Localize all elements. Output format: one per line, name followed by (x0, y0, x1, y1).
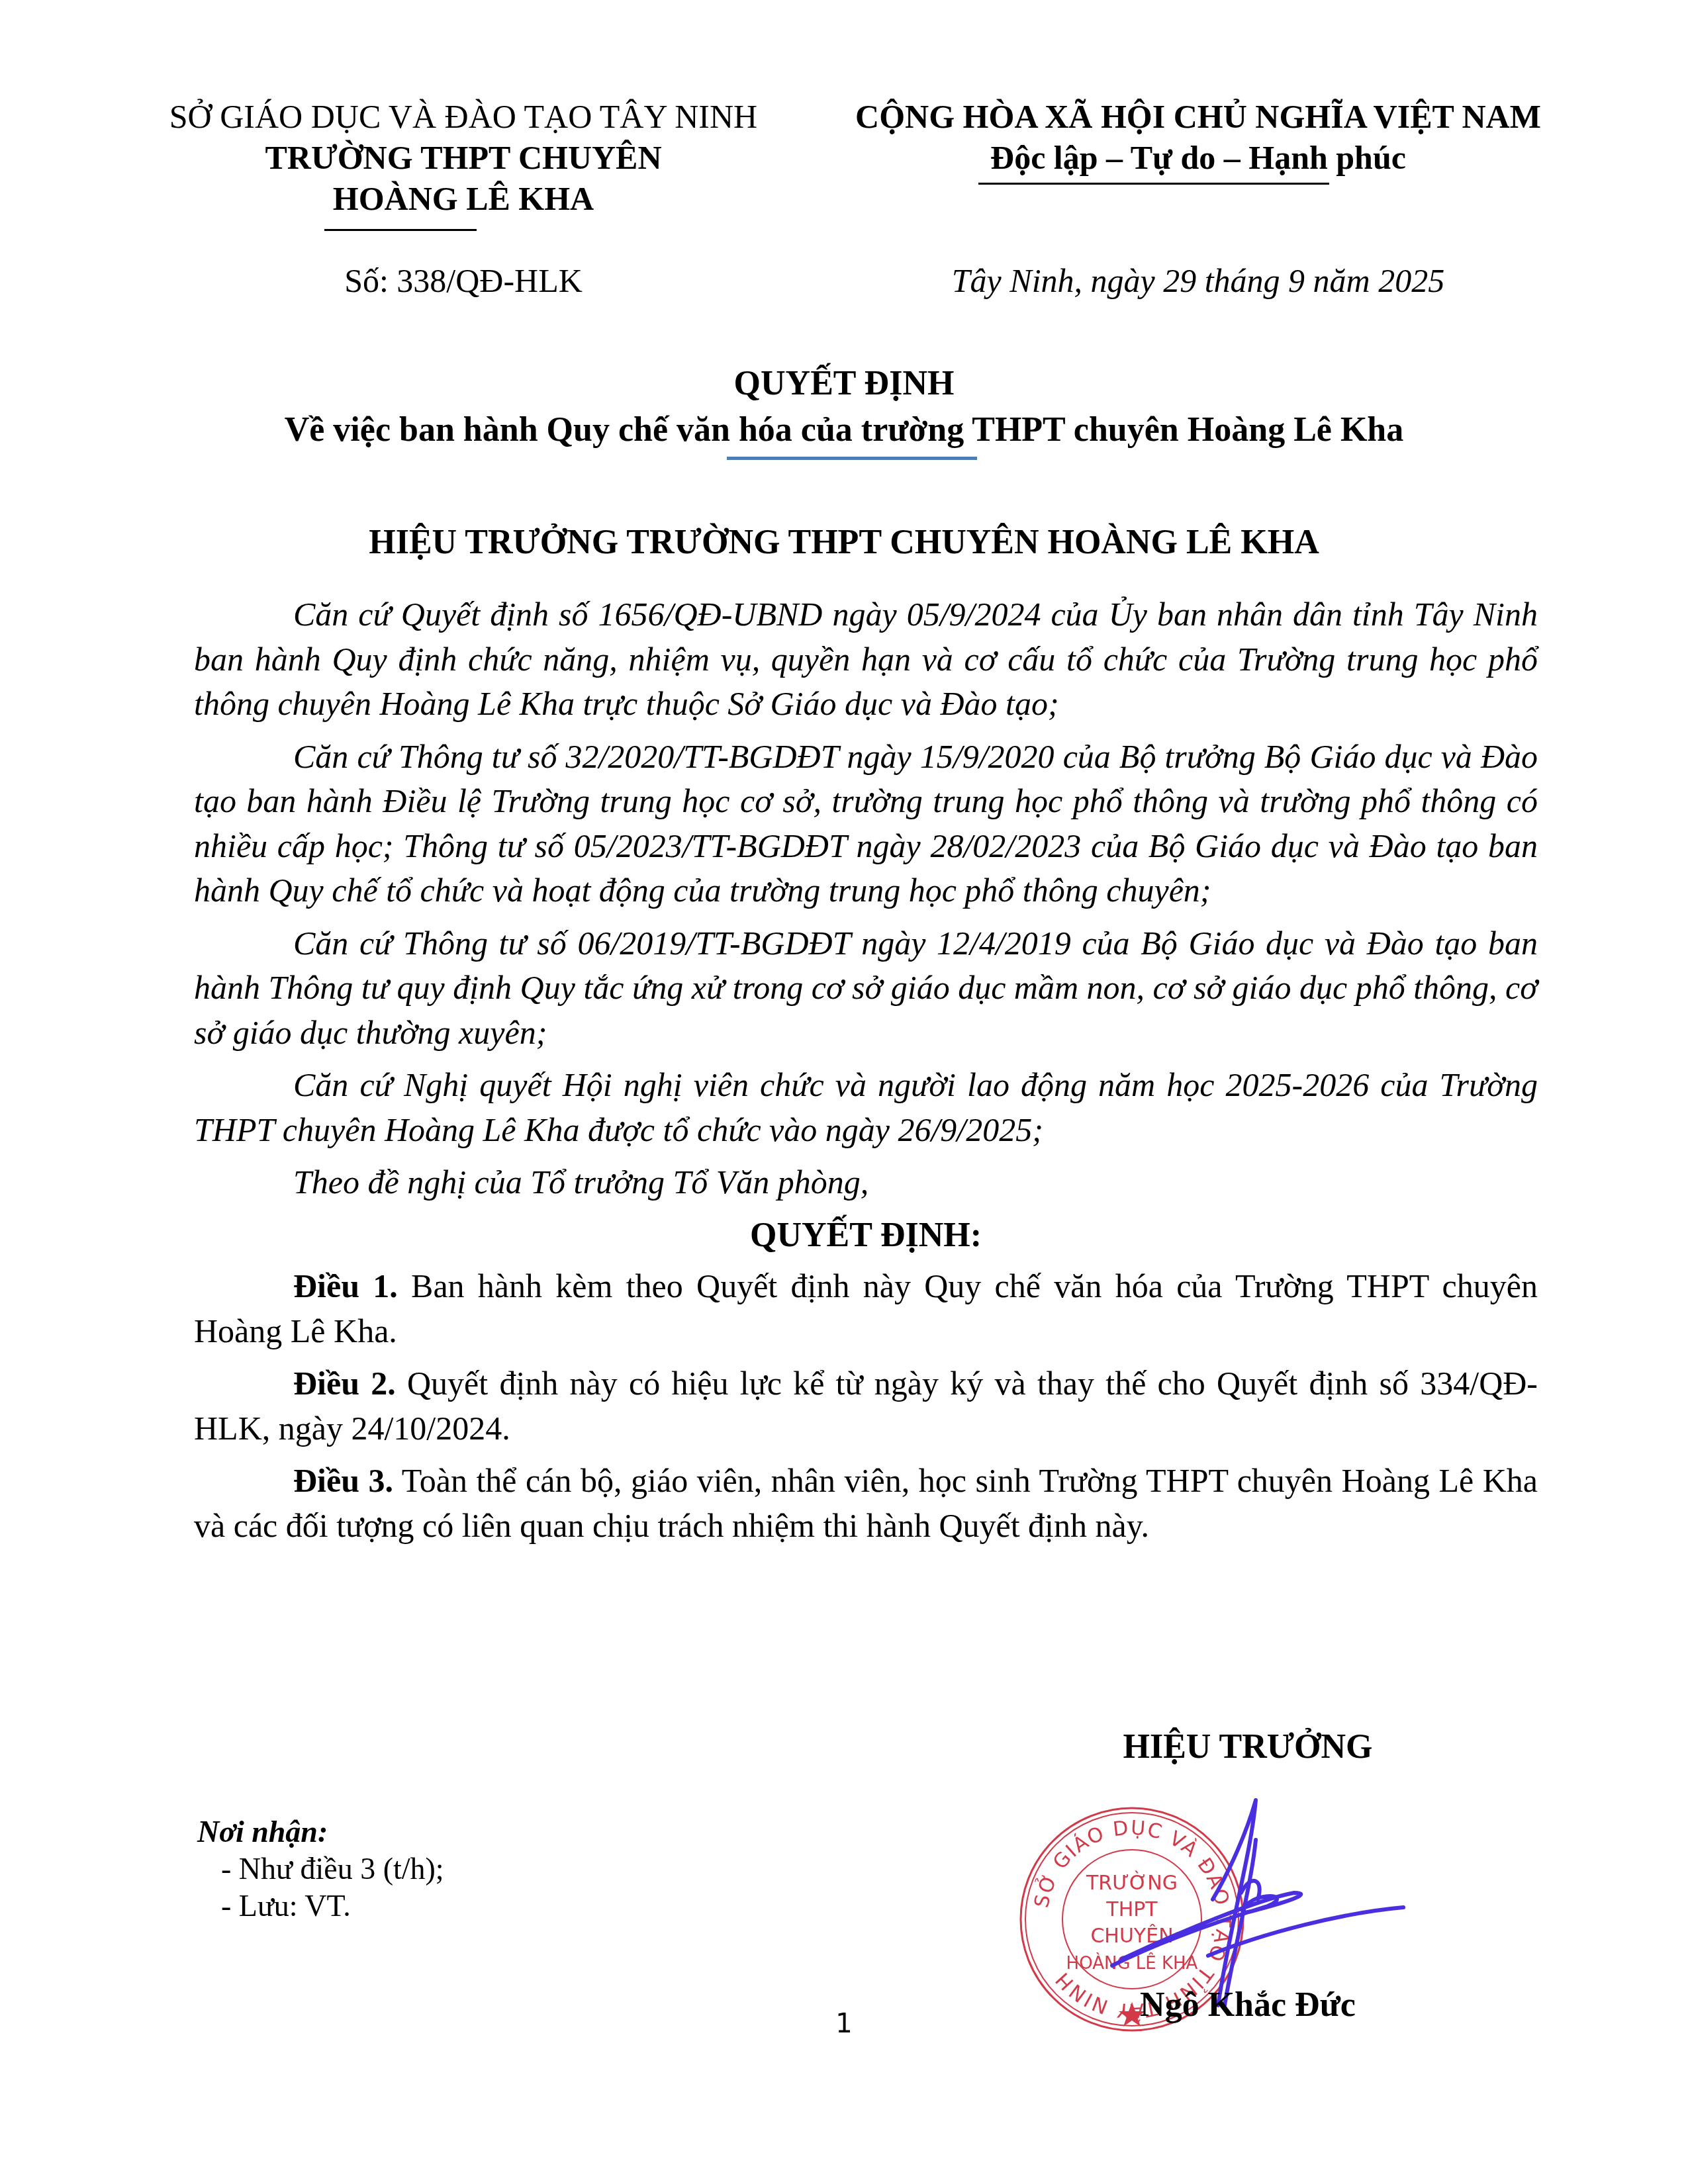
preamble-clause: Căn cứ Nghị quyết Hội nghị viên chức và … (194, 1063, 1538, 1152)
agency-underline (324, 229, 477, 231)
title-underline (727, 457, 977, 460)
article-label: Điều 2. (293, 1365, 396, 1402)
motto-underline (978, 183, 1329, 185)
issuing-authority: HIỆU TRƯỞNG TRƯỜNG THPT CHUYÊN HOÀNG LÊ … (0, 523, 1688, 562)
preamble-clause: Căn cứ Thông tư số 06/2019/TT-BGDĐT ngày… (194, 921, 1538, 1056)
national-motto: Độc lập – Tự do – Hạnh phúc (818, 137, 1579, 178)
recipient-item: - Lưu: VT. (197, 1888, 444, 1925)
national-header-block: CỘNG HÒA XÃ HỘI CHỦ NGHĨA VIỆT NAM Độc l… (818, 96, 1579, 178)
place-and-date: Tây Ninh, ngày 29 tháng 9 năm 2025 (818, 261, 1579, 300)
article-label: Điều 3. (293, 1462, 393, 1499)
document-number: Số: 338/QĐ-HLK (132, 261, 794, 300)
article-label: Điều 1. (293, 1267, 398, 1304)
nation-name: CỘNG HÒA XÃ HỘI CHỦ NGHĨA VIỆT NAM (818, 96, 1579, 137)
preamble-clause: Theo đề nghị của Tổ trưởng Tổ Văn phòng, (194, 1160, 1538, 1205)
article-text: Quyết định này có hiệu lực kể từ ngày ký… (194, 1365, 1538, 1447)
signer-name: Ngô Khắc Đức (1092, 1985, 1403, 2025)
agency-name: SỞ GIÁO DỤC VÀ ĐÀO TẠO TÂY NINH (132, 96, 794, 137)
issuing-agency-block: SỞ GIÁO DỤC VÀ ĐÀO TẠO TÂY NINH TRƯỜNG T… (132, 96, 794, 219)
article-1: Điều 1. Ban hành kèm theo Quyết định này… (194, 1264, 1538, 1353)
document-type: QUYẾT ĐỊNH (0, 361, 1688, 407)
page-number: 1 (808, 2009, 880, 2039)
school-name-line1: TRƯỜNG THPT CHUYÊN (132, 137, 794, 178)
decision-heading: QUYẾT ĐỊNH: (194, 1213, 1538, 1258)
preamble-clause: Căn cứ Thông tư số 32/2020/TT-BGDĐT ngày… (194, 735, 1538, 913)
article-2: Điều 2. Quyết định này có hiệu lực kể từ… (194, 1361, 1538, 1451)
article-text: Toàn thể cán bộ, giáo viên, nhân viên, h… (194, 1462, 1538, 1544)
document-body: Căn cứ Quyết định số 1656/QĐ-UBND ngày 0… (194, 592, 1538, 1556)
recipient-item: - Như điều 3 (t/h); (197, 1850, 444, 1888)
signer-title: HIỆU TRƯỞNG (1092, 1727, 1403, 1766)
document-title: QUYẾT ĐỊNH Về việc ban hành Quy chế văn … (0, 361, 1688, 453)
school-name-line2: HOÀNG LÊ KHA (132, 178, 794, 219)
recipients-heading: Nơi nhận: (197, 1813, 444, 1850)
document-subject: Về việc ban hành Quy chế văn hóa của trư… (0, 407, 1688, 453)
article-3: Điều 3. Toàn thể cán bộ, giáo viên, nhân… (194, 1459, 1538, 1548)
preamble-clause: Căn cứ Quyết định số 1656/QĐ-UBND ngày 0… (194, 592, 1538, 727)
recipients-block: Nơi nhận: - Như điều 3 (t/h); - Lưu: VT. (197, 1813, 444, 1925)
